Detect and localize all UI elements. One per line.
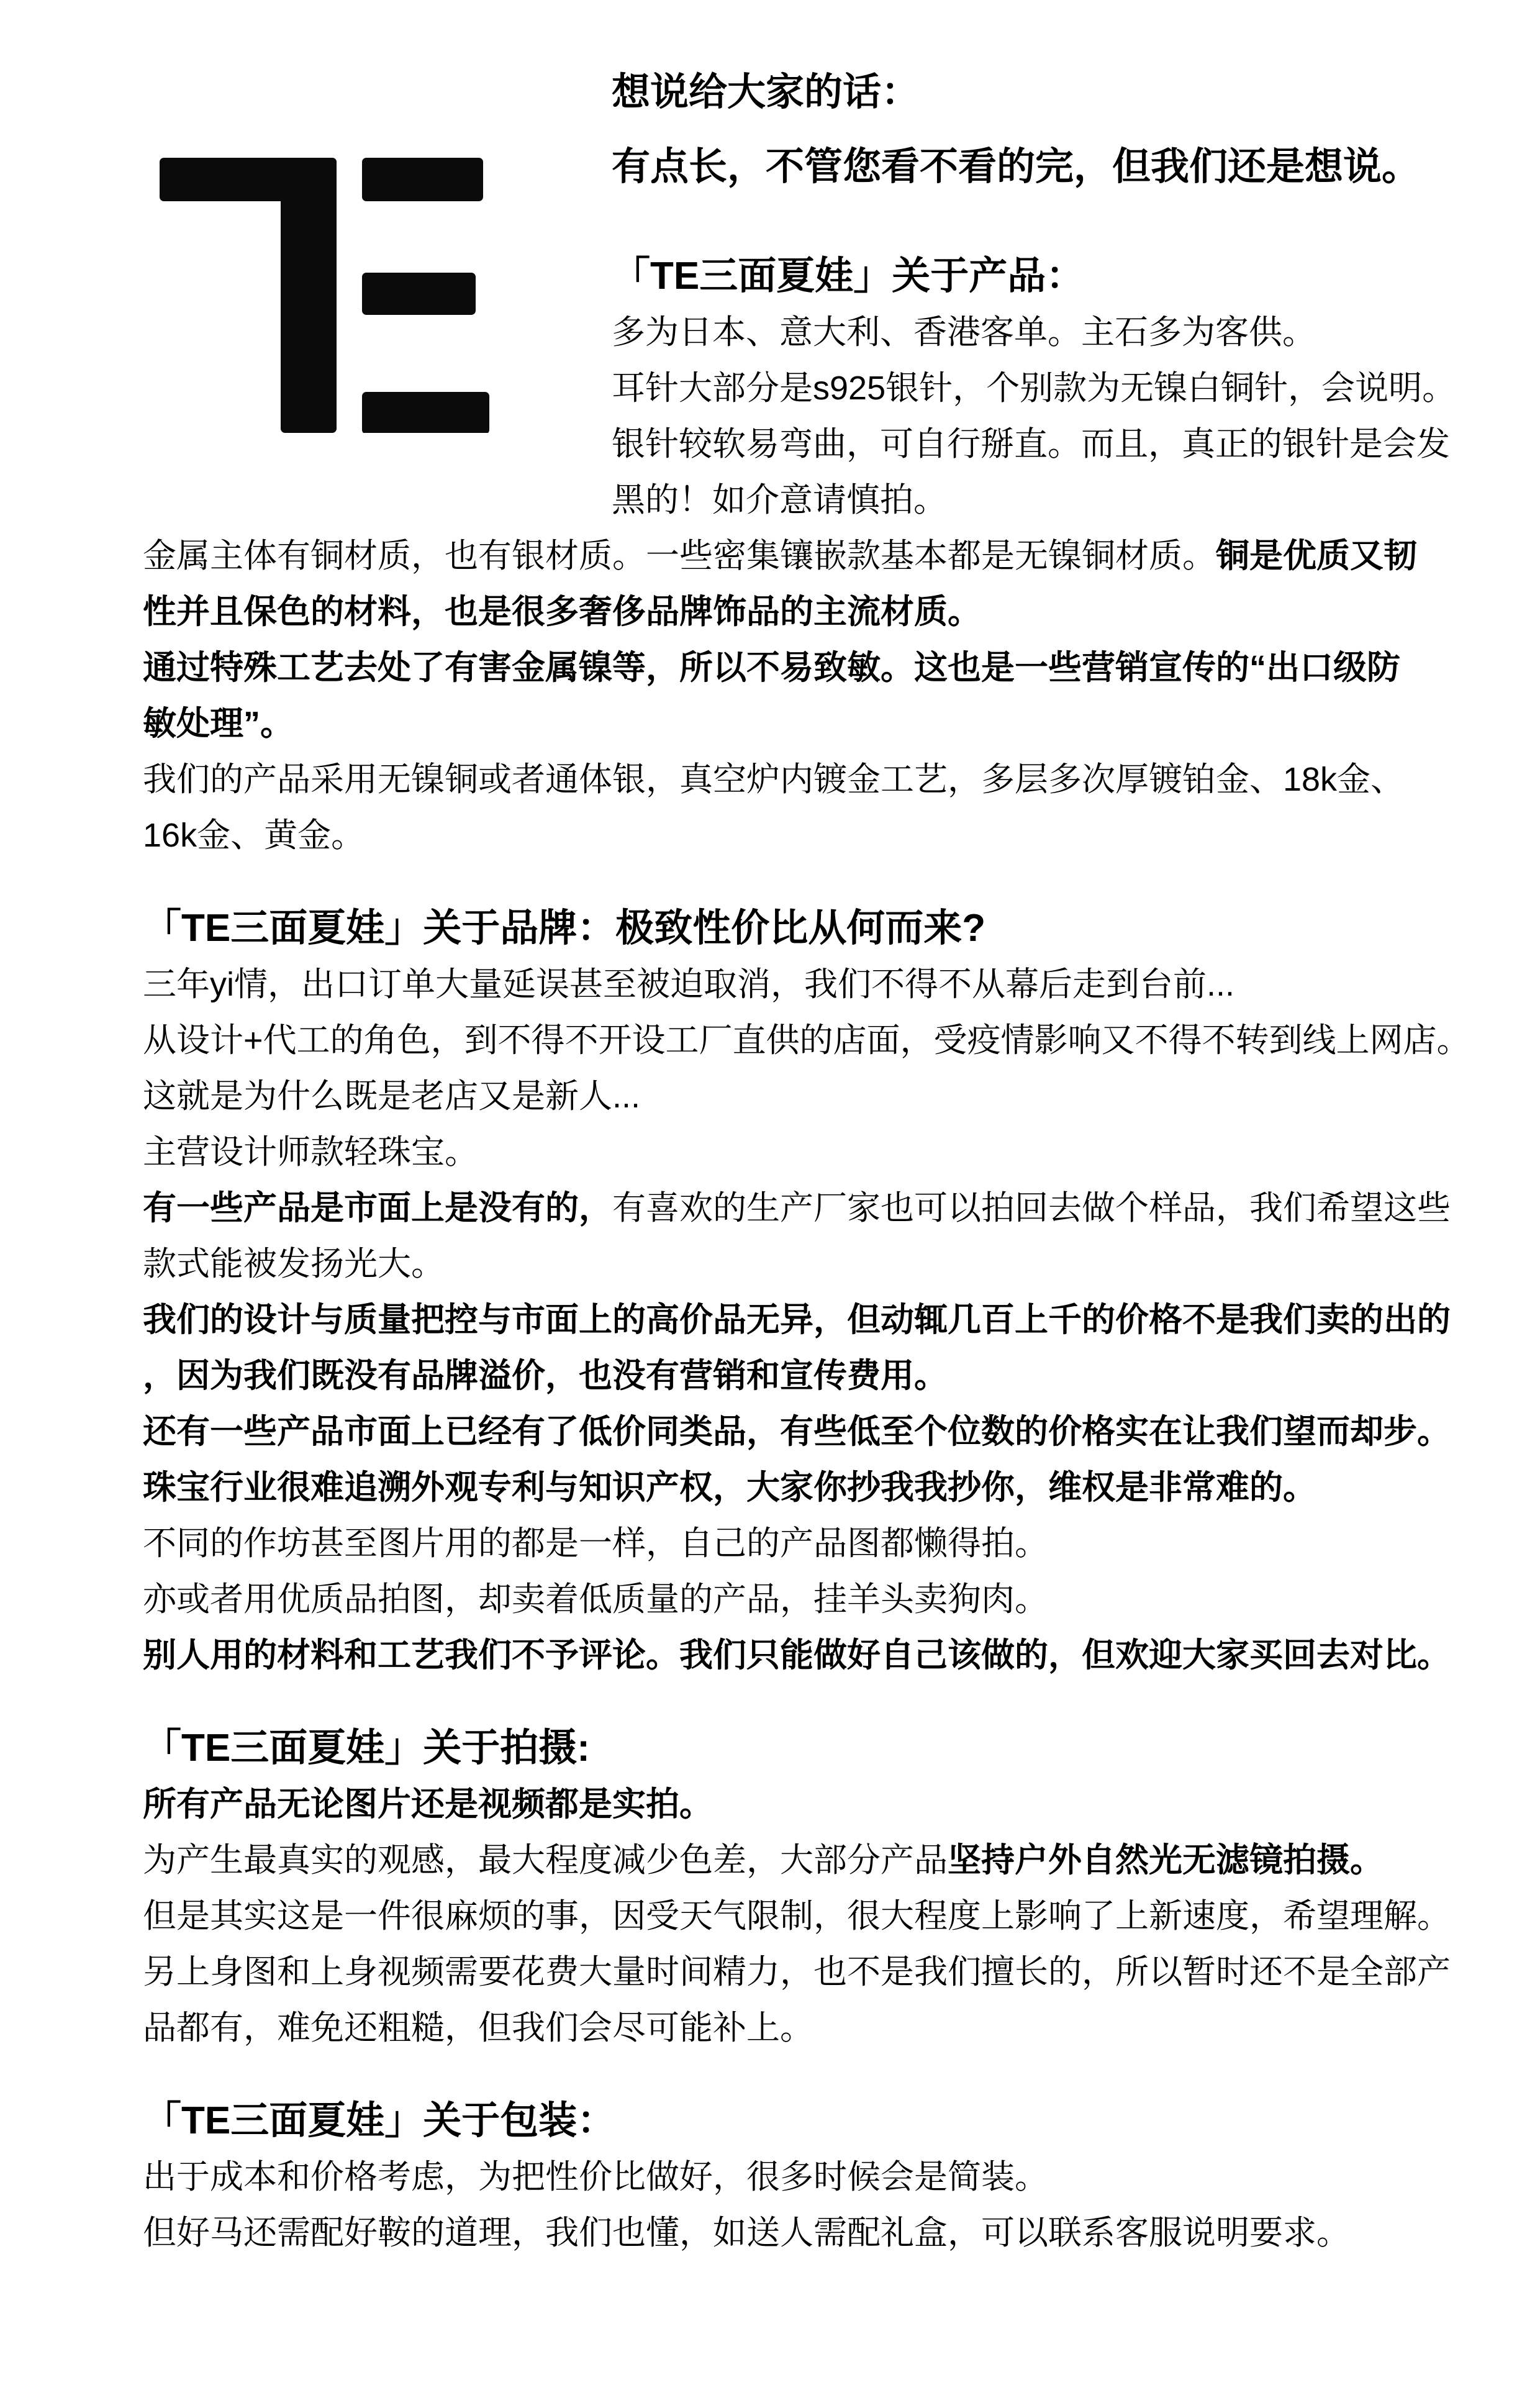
packaging-lines: 出于成本和价格考虑，为把性价比做好，很多时候会是简装。但好马还需配好鞍的道理，我… — [143, 2149, 1441, 2261]
text-segment: 所有产品无论图片还是视频都是实拍。 — [143, 1786, 713, 1823]
intro-lines: 想说给大家的话：有点长，不管您看不看的完，但我们还是想说。 — [612, 65, 1441, 195]
text-line: 品都有，难免还粗糙，但我们会尽可能补上。 — [143, 2000, 1441, 2056]
text-segment: 我们的设计与质量把控与市面上的高价品无异，但动辄几百上千的价格不是我们卖的出的 — [143, 1301, 1451, 1338]
text-line: 别人用的材料和工艺我们不予评论。我们只能做好自己该做的，但欢迎大家买回去对比。 — [143, 1627, 1441, 1683]
text-line: 从设计+代工的角色，到不得不开设工厂直供的店面，受疫情影响又不得不转到线上网店。 — [143, 1012, 1441, 1068]
text-line: 还有一些产品市面上已经有了低价同类品，有些低至个位数的价格实在让我们望而却步。 — [143, 1404, 1441, 1460]
text-segment: 另上身图和上身视频需要花费大量时间精力，也不是我们擅长的，所以暂时还不是全部产 — [143, 1953, 1451, 1991]
text-line: 主营设计师款轻珠宝。 — [143, 1124, 1441, 1180]
text-segment: 敏处理”。 — [143, 705, 294, 742]
text-segment: 耳针大部分是s925银针，个别款为无镍白铜针，会说明。 — [612, 370, 1456, 407]
text-line: 珠宝行业很难追溯外观专利与知识产权，大家你抄我我抄你，维权是非常难的。 — [143, 1460, 1441, 1515]
text-line: 银针较软易弯曲，可自行掰直。而且，真正的银针是会发 — [612, 416, 1441, 472]
text-segment: 三年yi情，出口订单大量延误甚至被迫取消，我们不得不从幕后走到台前... — [143, 966, 1234, 1003]
text-line: 多为日本、意大利、香港客单。主石多为客供。 — [612, 304, 1441, 360]
section-title-packaging: 「TE三面夏娃」关于包装： — [143, 2093, 1441, 2149]
product-column-lines: 多为日本、意大利、香港客单。主石多为客供。耳针大部分是s925银针，个别款为无镍… — [612, 304, 1441, 528]
text-line: 我们的设计与质量把控与市面上的高价品无异，但动辄几百上千的价格不是我们卖的出的 — [143, 1292, 1441, 1348]
text-line: 性并且保色的材料，也是很多奢侈品牌饰品的主流材质。 — [143, 584, 1441, 640]
text-segment: 通过特殊工艺去处了有害金属镍等，所以不易致敏。这也是一些营销宣传的“出口级防 — [143, 649, 1400, 686]
text-line: ，因为我们既没有品牌溢价，也没有营销和宣传费用。 — [143, 1348, 1441, 1404]
text-segment: 有一些产品是市面上是没有的， — [143, 1189, 612, 1227]
text-segment: 铜是优质又韧 — [1216, 537, 1417, 575]
text-segment: 我们的产品采用无镍铜或者通体银，真空炉内镀金工艺，多层多次厚镀铂金、18k金、 — [143, 761, 1404, 798]
text-segment: 从设计+代工的角色，到不得不开设工厂直供的店面，受疫情影响又不得不转到线上网店。 — [143, 1022, 1470, 1059]
text-segment: 为产生最真实的观感，最大程度减少色差，大部分产品 — [143, 1842, 948, 1879]
text-line: 亦或者用优质品拍图，却卖着低质量的产品，挂羊头卖狗肉。 — [143, 1571, 1441, 1627]
text-line: 但是其实这是一件很麻烦的事，因受天气限制，很大程度上影响了上新速度，希望理解。 — [143, 1888, 1441, 1944]
text-line: 不同的作坊甚至图片用的都是一样，自己的产品图都懒得拍。 — [143, 1515, 1441, 1571]
text-line: 金属主体有铜材质，也有银材质。一些密集镶嵌款基本都是无镍铜材质。铜是优质又韧 — [143, 528, 1441, 584]
product-full-lines: 金属主体有铜材质，也有银材质。一些密集镶嵌款基本都是无镍铜材质。铜是优质又韧性并… — [143, 528, 1441, 863]
text-segment: 16k金、黄金。 — [143, 817, 365, 854]
text-line: 但好马还需配好鞍的道理，我们也懂，如送人需配礼盒，可以联系客服说明要求。 — [143, 2205, 1441, 2261]
section-title-product: 「TE三面夏娃」关于产品： — [612, 248, 1441, 304]
text-segment: 多为日本、意大利、香港客单。主石多为客供。 — [612, 314, 1316, 351]
text-segment: 不同的作坊甚至图片用的都是一样，自己的产品图都懒得拍。 — [143, 1525, 1048, 1562]
photo-lines: 所有产品无论图片还是视频都是实拍。为产生最真实的观感，最大程度减少色差，大部分产… — [143, 1776, 1441, 2056]
section-title-brand: 「TE三面夏娃」关于品牌：极致性价比从何而来? — [143, 901, 1441, 956]
text-line: 16k金、黄金。 — [143, 807, 1441, 863]
text-line: 敏处理”。 — [143, 696, 1441, 752]
text-segment: 品都有，难免还粗糙，但我们会尽可能补上。 — [143, 2009, 813, 2047]
text-segment: 别人用的材料和工艺我们不予评论。我们只能做好自己该做的，但欢迎大家买回去对比。 — [143, 1637, 1451, 1674]
text-line: 通过特殊工艺去处了有害金属镍等，所以不易致敏。这也是一些营销宣传的“出口级防 — [143, 640, 1441, 696]
text-segment: 性并且保色的材料，也是很多奢侈品牌饰品的主流材质。 — [143, 593, 981, 630]
text-segment: ，因为我们既没有品牌溢价，也没有营销和宣传费用。 — [143, 1357, 948, 1394]
text-segment: 坚持户外自然光无滤镜拍摄。 — [948, 1842, 1384, 1879]
text-segment: 有点长，不管您看不看的完，但我们还是想说。 — [612, 145, 1420, 188]
text-segment: 珠宝行业很难追溯外观专利与知识产权，大家你抄我我抄你，维权是非常难的。 — [143, 1469, 1316, 1506]
brand-lines: 三年yi情，出口订单大量延误甚至被迫取消，我们不得不从幕后走到台前...从设计+… — [143, 956, 1441, 1683]
text-line: 耳针大部分是s925银针，个别款为无镍白铜针，会说明。 — [612, 360, 1441, 416]
intro-column: 想说给大家的话：有点长，不管您看不看的完，但我们还是想说。 「TE三面夏娃」关于… — [612, 65, 1441, 528]
text-segment: 金属主体有铜材质，也有银材质。一些密集镶嵌款基本都是无镍铜材质。 — [143, 537, 1216, 575]
text-line: 有点长，不管您看不看的完，但我们还是想说。 — [612, 139, 1441, 195]
text-segment: 有喜欢的生产厂家也可以拍回去做个样品，我们希望这些 — [612, 1189, 1451, 1227]
text-line: 黑的！如介意请慎拍。 — [612, 472, 1441, 528]
text-line: 想说给大家的话： — [612, 65, 1441, 120]
text-segment: 黑的！如介意请慎拍。 — [612, 481, 947, 519]
text-line: 有一些产品是市面上是没有的，有喜欢的生产厂家也可以拍回去做个样品，我们希望这些 — [143, 1180, 1441, 1236]
text-segment: 还有一些产品市面上已经有了低价同类品，有些低至个位数的价格实在让我们望而却步。 — [143, 1413, 1451, 1450]
page: 想说给大家的话：有点长，不管您看不看的完，但我们还是想说。 「TE三面夏娃」关于… — [0, 0, 1540, 2385]
text-line: 这就是为什么既是老店又是新人... — [143, 1068, 1441, 1124]
te-logo — [160, 158, 489, 433]
text-segment: 想说给大家的话： — [612, 71, 920, 114]
text-segment: 但好马还需配好鞍的道理，我们也懂，如送人需配礼盒，可以联系客服说明要求。 — [143, 2214, 1350, 2251]
section-title-photo: 「TE三面夏娃」关于拍摄: — [143, 1720, 1441, 1776]
text-segment: 亦或者用优质品拍图，却卖着低质量的产品，挂羊头卖狗肉。 — [143, 1581, 1048, 1618]
logo-cell — [143, 65, 612, 528]
text-segment: 出于成本和价格考虑，为把性价比做好，很多时候会是简装。 — [143, 2158, 1048, 2196]
text-segment: 主营设计师款轻珠宝。 — [143, 1133, 478, 1171]
text-line: 所有产品无论图片还是视频都是实拍。 — [143, 1776, 1441, 1832]
text-segment: 但是其实这是一件很麻烦的事，因受天气限制，很大程度上影响了上新速度，希望理解。 — [143, 1897, 1451, 1935]
text-segment: 这就是为什么既是老店又是新人... — [143, 1078, 640, 1115]
text-line: 为产生最真实的观感，最大程度减少色差，大部分产品坚持户外自然光无滤镜拍摄。 — [143, 1832, 1441, 1888]
header-row: 想说给大家的话：有点长，不管您看不看的完，但我们还是想说。 「TE三面夏娃」关于… — [143, 0, 1441, 528]
text-line: 款式能被发扬光大。 — [143, 1236, 1441, 1292]
text-line: 另上身图和上身视频需要花费大量时间精力，也不是我们擅长的，所以暂时还不是全部产 — [143, 1944, 1441, 2000]
text-segment: 银针较软易弯曲，可自行掰直。而且，真正的银针是会发 — [612, 425, 1450, 463]
text-line: 我们的产品采用无镍铜或者通体银，真空炉内镀金工艺，多层多次厚镀铂金、18k金、 — [143, 752, 1441, 807]
text-line: 三年yi情，出口订单大量延误甚至被迫取消，我们不得不从幕后走到台前... — [143, 956, 1441, 1012]
text-segment: 款式能被发扬光大。 — [143, 1245, 445, 1283]
text-line: 出于成本和价格考虑，为把性价比做好，很多时候会是简装。 — [143, 2149, 1441, 2205]
